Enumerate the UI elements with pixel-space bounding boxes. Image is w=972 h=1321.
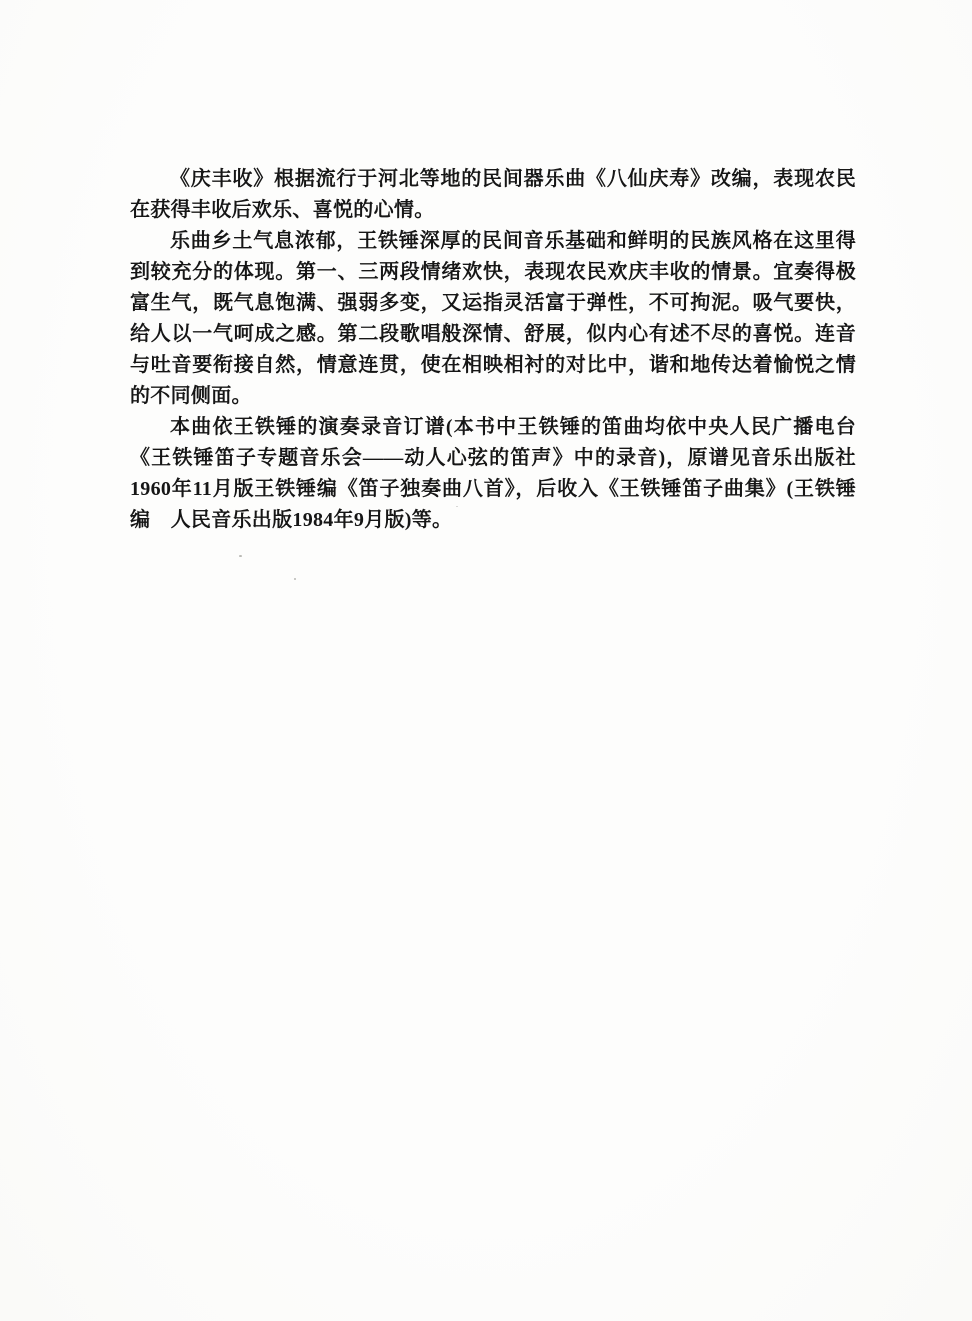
scan-speck <box>456 506 458 507</box>
scan-speck <box>239 555 242 557</box>
paragraph-intro: 《庆丰收》根据流行于河北等地的民间器乐曲《八仙庆寿》改编，表现农民在获得丰收后欢… <box>130 164 856 226</box>
scan-speck <box>294 578 296 580</box>
scanned-book-page: 《庆丰收》根据流行于河北等地的民间器乐曲《八仙庆寿》改编，表现农民在获得丰收后欢… <box>0 0 972 1321</box>
text-block: 《庆丰收》根据流行于河北等地的民间器乐曲《八仙庆寿》改编，表现农民在获得丰收后欢… <box>130 164 856 536</box>
paragraph-performance-notes: 乐曲乡土气息浓郁，王铁锤深厚的民间音乐基础和鲜明的民族风格在这里得到较充分的体现… <box>130 226 856 412</box>
paragraph-source-notes: 本曲依王铁锤的演奏录音订谱(本书中王铁锤的笛曲均依中央人民广播电台《王铁锤笛子专… <box>130 412 856 536</box>
